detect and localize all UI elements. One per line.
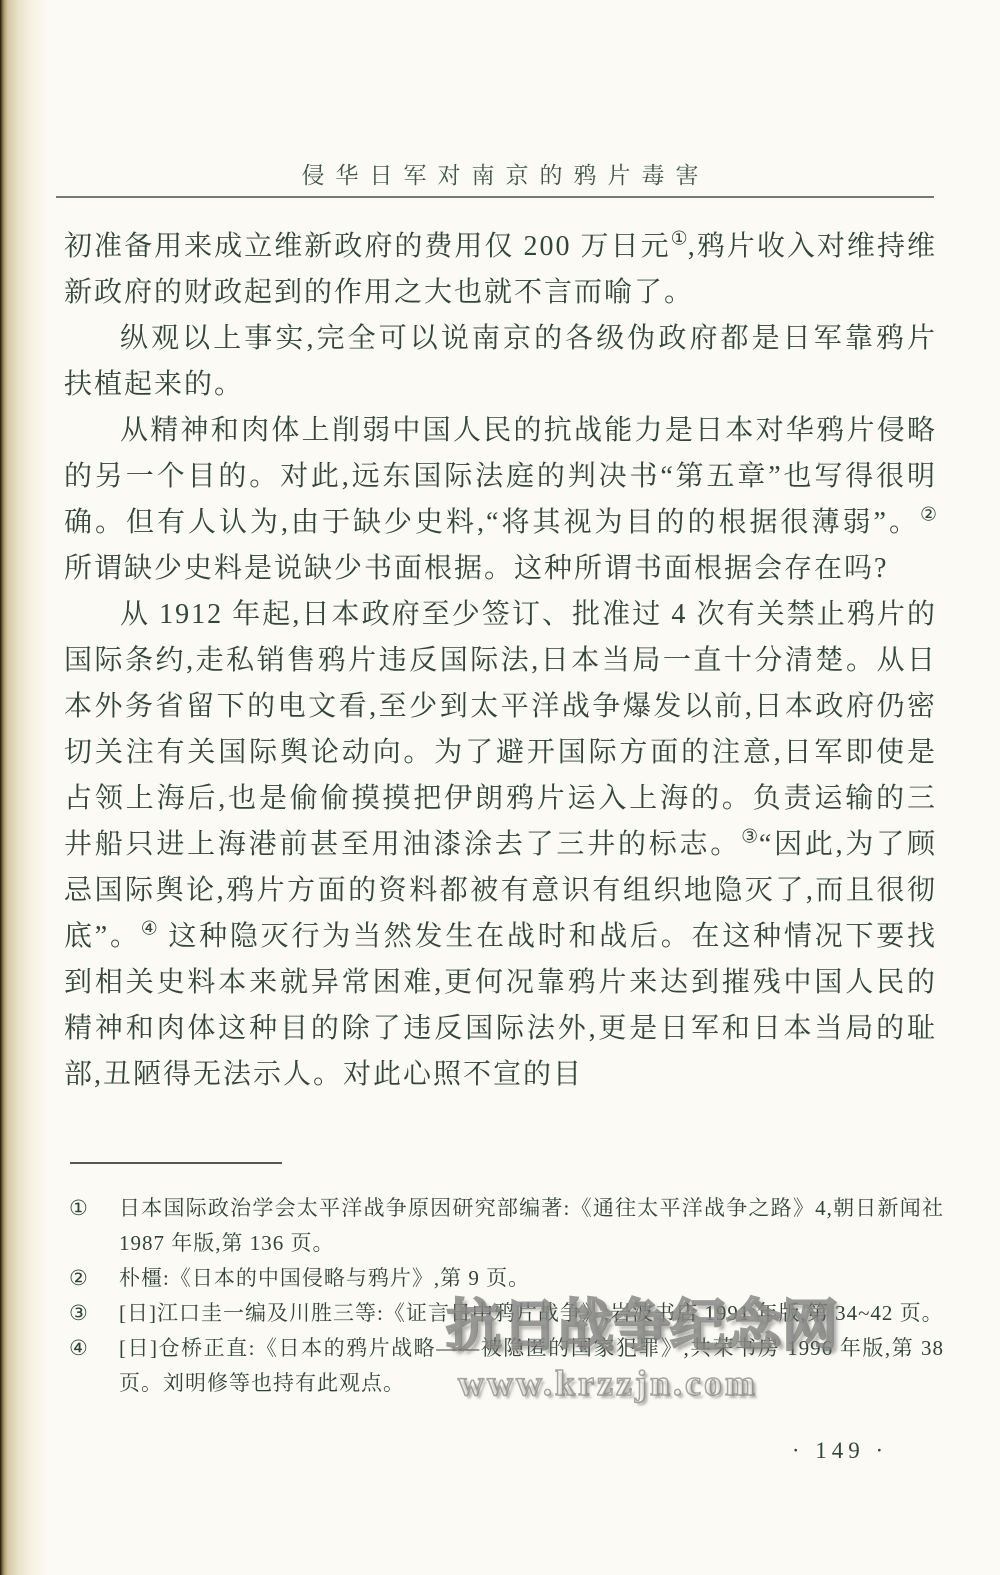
body-paragraph-1: 初准备用来成立维新政府的费用仅 200 万日元①,鸦片收入对维持维新政府的财政起… [64,224,937,316]
footnote-marker: ② [64,1261,119,1296]
footnote-marker: ④ [64,1331,119,1366]
footnote-marker: ① [64,1191,119,1226]
footnote-rule [70,1162,282,1164]
footnote-text: [日]仓桥正直:《日本的鸦片战略——被隐匿的国家犯罪》,共荣书房 1996 年版… [119,1331,944,1401]
page-header-title: 侵华日军对南京的鸦片毒害 [0,157,1000,190]
footnote-text: 日本国际政治学会太平洋战争原因研究部编著:《通往太平洋战争之路》4,朝日新闻社 … [119,1191,944,1261]
header-rule [56,196,934,198]
footnote-item: ③ [日]江口圭一编及川胜三等:《证言日中鸦片战争》,岩波书店 1991 年版,… [64,1296,944,1331]
body-paragraph-4: 从 1912 年起,日本政府至少签订、批准过 4 次有关禁止鸦片的国际条约,走私… [64,592,937,1098]
footnote-text: [日]江口圭一编及川胜三等:《证言日中鸦片战争》,岩波书店 1991 年版,第 … [119,1296,944,1331]
body-text: 初准备用来成立维新政府的费用仅 200 万日元①,鸦片收入对维持维新政府的财政起… [64,224,937,1098]
body-paragraph-3: 从精神和肉体上削弱中国人民的抗战能力是日本对华鸦片侵略的另一个目的。对此,远东国… [64,408,937,592]
body-paragraph-2: 纵观以上事实,完全可以说南京的各级伪政府都是日军靠鸦片扶植起来的。 [64,316,937,408]
footnote-item: ② 朴橿:《日本的中国侵略与鸦片》,第 9 页。 [64,1261,944,1296]
footnote-text: 朴橿:《日本的中国侵略与鸦片》,第 9 页。 [119,1261,944,1296]
footnote-item: ④ [日]仓桥正直:《日本的鸦片战略——被隐匿的国家犯罪》,共荣书房 1996 … [64,1331,944,1401]
footnote-item: ① 日本国际政治学会太平洋战争原因研究部编著:《通往太平洋战争之路》4,朝日新闻… [64,1191,944,1261]
scanned-book-page: { "header": { "title": "侵华日军对南京的鸦片毒害" },… [0,0,1000,1575]
page-number: · 149 · [770,1438,910,1464]
footnotes: ① 日本国际政治学会太平洋战争原因研究部编著:《通往太平洋战争之路》4,朝日新闻… [64,1191,944,1401]
footnote-marker: ③ [64,1296,119,1331]
book-spine-shadow [0,0,48,1575]
